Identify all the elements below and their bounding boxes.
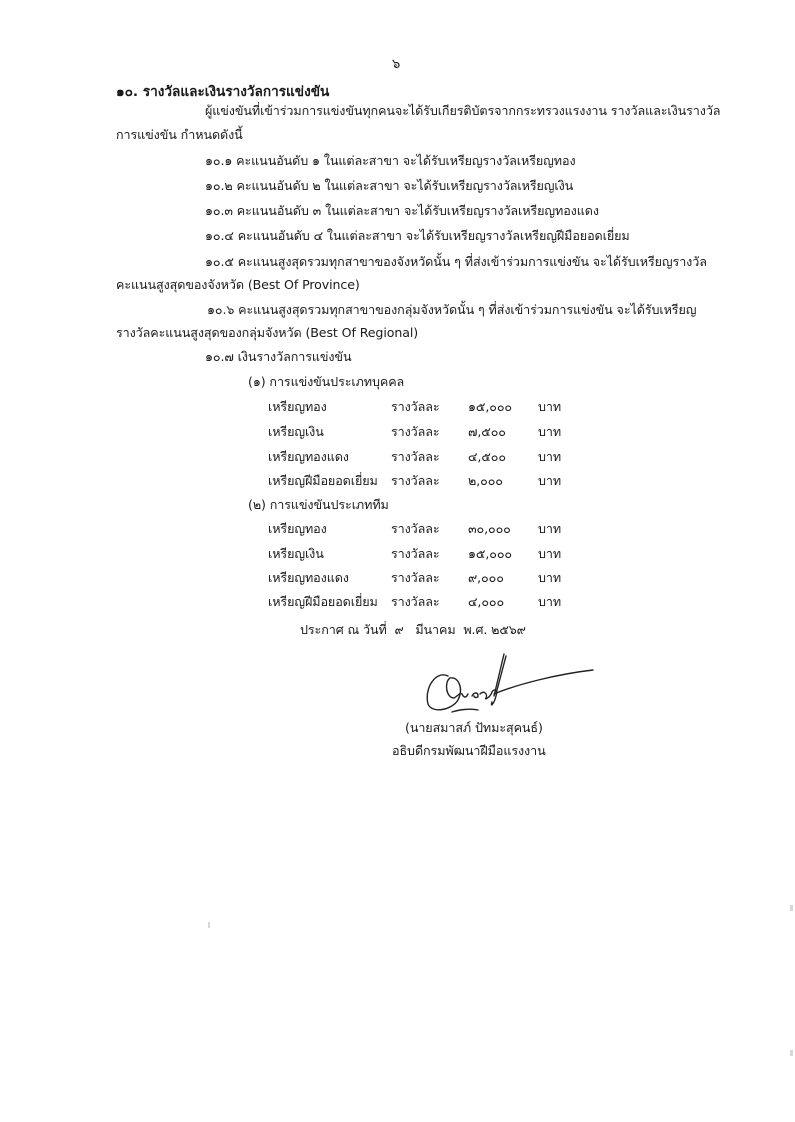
- prize-row: เหรียญเงิน รางวัลละ ๑๕,๐๐๐ บาท: [268, 546, 588, 562]
- per-award-label: รางวัลละ: [391, 546, 440, 562]
- scan-speck: [790, 1050, 793, 1056]
- intro-line-1: ผู้แข่งขันที่เข้าร่วมการแข่งขันทุกคนจะได…: [205, 103, 720, 119]
- per-award-label: รางวัลละ: [391, 473, 440, 489]
- item-10-7: ๑๐.๗ เงินรางวัลการแข่งขัน: [205, 349, 351, 365]
- per-award-label: รางวัลละ: [391, 424, 440, 440]
- section-title: ๑๐. รางวัลและเงินรางวัลการแข่งขัน: [116, 80, 329, 102]
- prize-row: เหรียญฝีมือยอดเยี่ยม รางวัลละ ๒,๐๐๐ บาท: [268, 473, 588, 489]
- currency-unit: บาท: [538, 473, 561, 489]
- scan-speck: [790, 905, 793, 911]
- item-10-5-line-2: คะแนนสูงสุดของจังหวัด (Best Of Province): [116, 277, 360, 293]
- currency-unit: บาท: [538, 570, 561, 586]
- medal-name: เหรียญฝีมือยอดเยี่ยม: [268, 473, 378, 489]
- announcement-date: ประกาศ ณ วันที่ ๙ มีนาคม พ.ศ. ๒๕๖๙: [300, 622, 526, 638]
- intro-line-2: การแข่งขัน กำหนดดังนี้: [116, 127, 243, 143]
- item-10-2: ๑๐.๒ คะแนนอันดับ ๒ ในแต่ละสาขา จะได้รับเ…: [205, 178, 573, 194]
- prize-group-team-title: (๒) การแข่งขันประเภททีม: [248, 497, 389, 513]
- item-10-6-line-1: ๑๐.๖ คะแนนสูงสุดรวมทุกสาขาของกลุ่มจังหวั…: [207, 302, 696, 318]
- medal-name: เหรียญทอง: [268, 399, 327, 415]
- item-10-4: ๑๐.๔ คะแนนอันดับ ๔ ในแต่ละสาขา จะได้รับเ…: [205, 228, 630, 244]
- page-number: ๖: [392, 53, 400, 74]
- item-10-6-line-2: รางวัลคะแนนสูงสุดของกลุ่มจังหวัด (Best O…: [116, 325, 418, 341]
- medal-name: เหรียญเงิน: [268, 546, 324, 562]
- medal-name: เหรียญทอง: [268, 521, 327, 537]
- currency-unit: บาท: [538, 594, 561, 610]
- prize-amount: ๔,๕๐๐: [468, 449, 506, 465]
- prize-amount: ๑๕,๐๐๐: [468, 399, 512, 415]
- signature-icon: [418, 648, 598, 718]
- per-award-label: รางวัลละ: [391, 570, 440, 586]
- currency-unit: บาท: [538, 424, 561, 440]
- prize-group-individual-title: (๑) การแข่งขันประเภทบุคคล: [248, 374, 404, 390]
- prize-amount: ๑๕,๐๐๐: [468, 546, 512, 562]
- medal-name: เหรียญฝีมือยอดเยี่ยม: [268, 594, 378, 610]
- per-award-label: รางวัลละ: [391, 449, 440, 465]
- signer-name: (นายสมาสภ์ ปัทมะสุคนธ์): [405, 720, 543, 736]
- prize-row: เหรียญทองแดง รางวัลละ ๔,๕๐๐ บาท: [268, 449, 588, 465]
- prize-row: เหรียญทองแดง รางวัลละ ๙,๐๐๐ บาท: [268, 570, 588, 586]
- per-award-label: รางวัลละ: [391, 521, 440, 537]
- item-10-5-line-1: ๑๐.๕ คะแนนสูงสุดรวมทุกสาขาของจังหวัดนั้น…: [205, 254, 707, 270]
- currency-unit: บาท: [538, 399, 561, 415]
- currency-unit: บาท: [538, 546, 561, 562]
- prize-amount: ๒,๐๐๐: [468, 473, 503, 489]
- prize-amount: ๙,๐๐๐: [468, 570, 504, 586]
- scan-speck: [208, 922, 210, 928]
- prize-amount: ๓๐,๐๐๐: [468, 521, 511, 537]
- document-page: ๖ ๑๐. รางวัลและเงินรางวัลการแข่งขัน ผู้แ…: [0, 0, 795, 1122]
- signer-title: อธิบดีกรมพัฒนาฝีมือแรงงาน: [392, 743, 546, 759]
- item-10-1: ๑๐.๑ คะแนนอันดับ ๑ ในแต่ละสาขา จะได้รับเ…: [205, 153, 576, 169]
- per-award-label: รางวัลละ: [391, 594, 440, 610]
- item-10-3: ๑๐.๓ คะแนนอันดับ ๓ ในแต่ละสาขา จะได้รับเ…: [205, 203, 599, 219]
- per-award-label: รางวัลละ: [391, 399, 440, 415]
- currency-unit: บาท: [538, 521, 561, 537]
- prize-row: เหรียญฝีมือยอดเยี่ยม รางวัลละ ๔,๐๐๐ บาท: [268, 594, 588, 610]
- currency-unit: บาท: [538, 449, 561, 465]
- medal-name: เหรียญเงิน: [268, 424, 324, 440]
- prize-row: เหรียญเงิน รางวัลละ ๗,๕๐๐ บาท: [268, 424, 588, 440]
- prize-amount: ๔,๐๐๐: [468, 594, 504, 610]
- prize-row: เหรียญทอง รางวัลละ ๑๕,๐๐๐ บาท: [268, 399, 588, 415]
- prize-row: เหรียญทอง รางวัลละ ๓๐,๐๐๐ บาท: [268, 521, 588, 537]
- prize-amount: ๗,๕๐๐: [468, 424, 506, 440]
- medal-name: เหรียญทองแดง: [268, 570, 349, 586]
- medal-name: เหรียญทองแดง: [268, 449, 349, 465]
